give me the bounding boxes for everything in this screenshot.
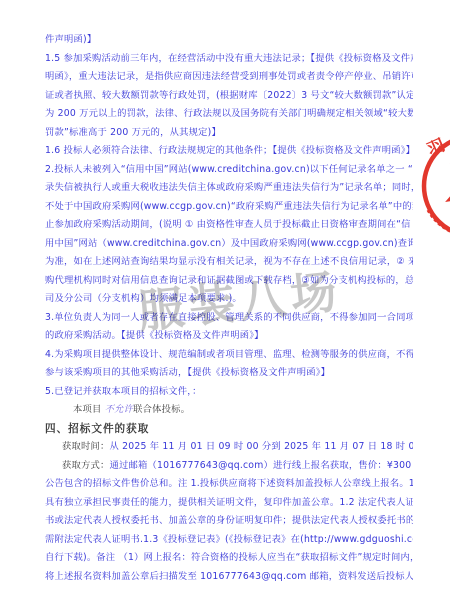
text-segment: 四、招标文件的获取 xyxy=(45,423,149,435)
text-segment: 具有独立承担民事责任的能力，提供相关证明文件，复印件加盖公章。1.2 法定代表人… xyxy=(45,497,413,508)
text-segment: 录失信被执行人或重大税收违法失信主体或政府采购严重违法失信行为”记录名单；同时， xyxy=(45,182,413,193)
text-line: 自行下载)。备注 （1）网上报名：符合资格的投标人应当在“获取招标文件”规定时间… xyxy=(45,549,413,568)
text-line: 具有独立承担民事责任的能力，提供相关证明文件，复印件加盖公章。1.2 法定代表人… xyxy=(45,494,413,513)
text-segment: 1.5 参加采购活动前三年内，在经营活动中没有重大违法记录；【提供《投标资格及文… xyxy=(45,53,413,64)
text-segment: 联合体投标。 xyxy=(133,404,190,415)
text-segment: 将上述报名资料加盖公章后扫描发至 1016777643@qq.com 邮箱，资料… xyxy=(45,571,413,582)
text-line: 1.5 参加采购活动前三年内，在经营活动中没有重大违法记录；【提供《投标资格及文… xyxy=(45,50,413,69)
text-segment: 不允许 xyxy=(105,404,134,415)
text-line: 用中国”网站（www.creditchina.gov.cn）及中国政府采购网(w… xyxy=(45,235,413,254)
text-line: 止参加政府采购活动期间，(说明 ① 由资格性审查人员于投标截止日资格审查期间在“… xyxy=(45,216,413,235)
text-line: 获取方式：通过邮箱（1016777643@qq.com）进行线上报名获取，售价：… xyxy=(45,457,413,476)
text-segment: 公告包含的招标文件售价总和。注 1.投标供应商将下述资料加盖投标人公章线上报名。… xyxy=(45,478,413,489)
text-line: 明函》，重大违法记录，是指供应商因违法经营受到刑事处罚或者责令停产停业、吊销许可 xyxy=(45,68,413,87)
text-segment: 司及分公司（分支机构）均须满足本项要求.)。 xyxy=(45,293,242,304)
text-segment: 罚款”标准高于 200 万元的，从其规定)】 xyxy=(45,127,221,138)
text-line: 参与该采购项目的其他采购活动，【提供《投标资格及文件声明函》】 xyxy=(45,364,413,383)
official-seal-stamp: 羽 xyxy=(420,126,450,246)
document-page: 件声明函)】1.5 参加采购活动前三年内，在经营活动中没有重大违法记录；【提供《… xyxy=(0,0,450,600)
text-line: 公告包含的招标文件售价总和。注 1.投标供应商将下述资料加盖投标人公章线上报名。… xyxy=(45,475,413,494)
text-line: 本项目 不允许联合体投标。 xyxy=(45,401,413,420)
text-line: 为准，如在上述网站查询结果均显示没有相关记录，视为不存在上述不良信用记录，② 采 xyxy=(45,253,413,272)
text-line: 获取时间：从 2025 年 11 月 01 日 09 时 00 分到 2025 … xyxy=(45,438,413,457)
text-segment: 用中国”网站（www.creditchina.gov.cn）及中国政府采购网(w… xyxy=(45,238,413,249)
text-line: 件声明函)】 xyxy=(45,31,413,50)
text-segment: 明函》，重大违法记录，是指供应商因违法经营受到刑事处罚或者责令停产停业、吊销许可 xyxy=(45,71,413,82)
seal-character: 羽 xyxy=(425,135,449,160)
text-line: 5.已登记并获取本项目的招标文件，： xyxy=(45,383,413,402)
section-heading: 四、招标文件的获取 xyxy=(45,420,413,439)
text-segment: 5.已登记并获取本项目的招标文件，： xyxy=(45,386,202,397)
text-line: 证或者执照、较大数额罚款等行政处罚，(根据财库〔2022〕3 号文“较大数额罚款… xyxy=(45,87,413,106)
text-line: 4.为采购项目提供整体设计、规范编制或者项目管理、监理、检测等服务的供应商，不得… xyxy=(45,346,413,365)
seal-star-icon xyxy=(445,156,450,218)
text-segment: 获取时间： xyxy=(62,441,110,452)
text-line: 不处于中国政府采购网(www.ccgp.gov.cn)“政府采购严重违法失信行为… xyxy=(45,198,413,217)
text-segment: 为准，如在上述网站查询结果均显示没有相关记录，视为不存在上述不良信用记录，② 采 xyxy=(45,256,413,267)
text-segment: 自行下载)。备注 （1）网上报名：符合资格的投标人应当在“获取招标文件”规定时间… xyxy=(45,552,413,563)
text-segment: 获取方式： xyxy=(62,460,110,471)
text-segment: 为 200 万元以上的罚款，法律、行政法规以及国务院有关部门明确规定相关领域“较… xyxy=(45,108,413,119)
text-segment: 本项目 xyxy=(73,404,105,415)
text-segment: 止参加政府采购活动期间，(说明 ① 由资格性审查人员于投标截止日资格审查期间在“… xyxy=(45,219,411,230)
text-line: 1.6 投标人必须符合法律、行政法规规定的其他条件；【提供《投标资格及文件声明函… xyxy=(45,142,413,161)
text-line: 需附法定代表人证明书.1.3《投标登记表》(《投标登记表》在(http://ww… xyxy=(45,531,413,550)
text-segment: 4.为采购项目提供整体设计、规范编制或者项目管理、监理、检测等服务的供应商，不得… xyxy=(45,349,413,360)
text-segment: 购代理机构同时对信用信息查询记录和证据截图或下载存档，③如为分支机构投标的，总公 xyxy=(45,275,413,286)
seal-graphic: 羽 xyxy=(424,135,450,236)
text-segment: 3.单位负责人为同一人或者存在直接控股、管理关系的不同供应商，不得参加同一合同项… xyxy=(45,312,413,323)
text-segment: 需附法定代表人证明书.1.3《投标登记表》(《投标登记表》在(http://ww… xyxy=(45,534,413,545)
text-segment: 证或者执照、较大数额罚款等行政处罚，(根据财库〔2022〕3 号文“较大数额罚款… xyxy=(45,90,413,101)
text-segment: 书或法定代表人授权委托书、加盖公章的身份证明复印件；提供法定代表人授权委托书的， xyxy=(45,515,413,526)
document-body: 件声明函)】1.5 参加采购活动前三年内，在经营活动中没有重大违法记录；【提供《… xyxy=(45,31,413,586)
text-line: 罚款”标准高于 200 万元的，从其规定)】 xyxy=(45,124,413,143)
text-segment: 1.6 投标人必须符合法律、行政法规规定的其他条件；【提供《投标资格及文件声明函… xyxy=(45,145,413,156)
text-segment: 从 2025 年 11 月 01 日 09 时 00 分到 2025 年 11 … xyxy=(110,441,414,452)
text-segment: 参与该采购项目的其他采购活动，【提供《投标资格及文件声明函》】 xyxy=(45,367,330,378)
text-line: 购代理机构同时对信用信息查询记录和证据截图或下载存档，③如为分支机构投标的，总公 xyxy=(45,272,413,291)
text-segment: 的政府采购活动。【提供《投标资格及文件声明函》】 xyxy=(45,330,264,341)
text-line: 将上述报名资料加盖公章后扫描发至 1016777643@qq.com 邮箱，资料… xyxy=(45,568,413,587)
text-line: 司及分公司（分支机构）均须满足本项要求.)。 xyxy=(45,290,413,309)
text-segment: 件声明函)】 xyxy=(45,34,96,45)
text-line: 3.单位负责人为同一人或者存在直接控股、管理关系的不同供应商，不得参加同一合同项… xyxy=(45,309,413,328)
text-line: 录失信被执行人或重大税收违法失信主体或政府采购严重违法失信行为”记录名单；同时， xyxy=(45,179,413,198)
text-line: 的政府采购活动。【提供《投标资格及文件声明函》】 xyxy=(45,327,413,346)
text-segment: 2.投标人未被列入“信用中国”网站(www.creditchina.gov.cn… xyxy=(45,164,413,175)
text-line: 2.投标人未被列入“信用中国”网站(www.creditchina.gov.cn… xyxy=(45,161,413,180)
text-line: 为 200 万元以上的罚款，法律、行政法规以及国务院有关部门明确规定相关领域“较… xyxy=(45,105,413,124)
text-segment: 通过邮箱（1016777643@qq.com）进行线上报名获取，售价：¥300 … xyxy=(110,460,414,471)
text-line: 书或法定代表人授权委托书、加盖公章的身份证明复印件；提供法定代表人授权委托书的， xyxy=(45,512,413,531)
text-segment: 不处于中国政府采购网(www.ccgp.gov.cn)“政府采购严重违法失信行为… xyxy=(45,201,413,212)
